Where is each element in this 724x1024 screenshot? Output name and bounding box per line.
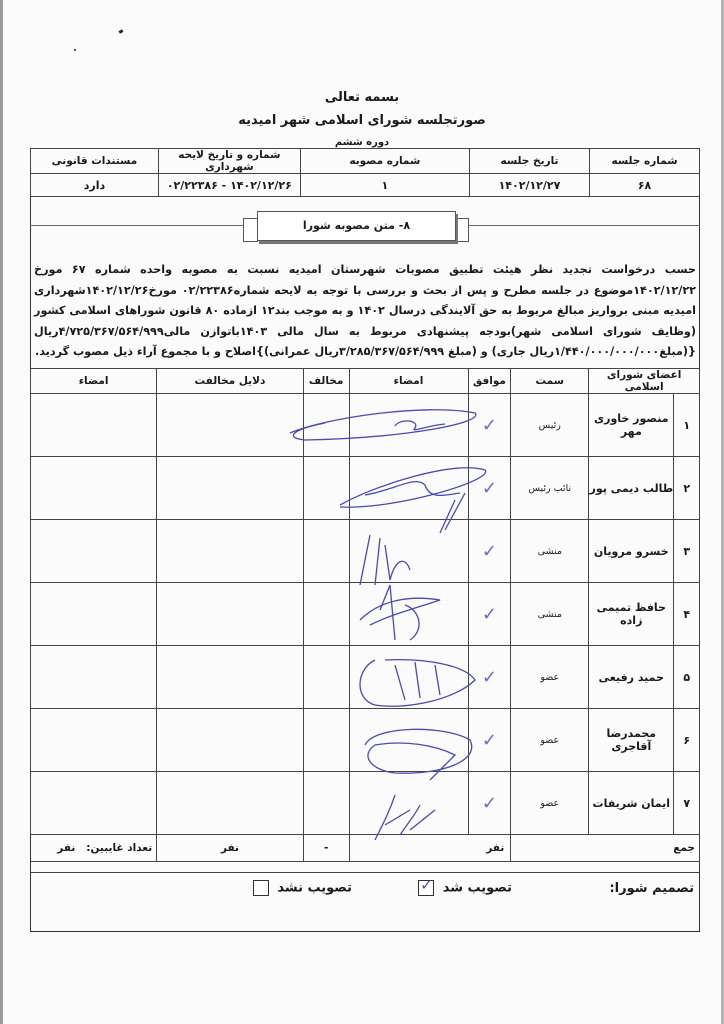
oppose-reason-cell <box>157 709 304 772</box>
oppose-reason-cell <box>157 772 304 835</box>
member-position: نائب رئیس <box>511 457 589 520</box>
oppose-cell <box>303 772 349 835</box>
member-number: ۳ <box>674 520 700 583</box>
signature-2-cell <box>31 583 157 646</box>
member-name: محمدرضا آقاجری <box>589 709 674 772</box>
oppose-reason-cell <box>157 520 304 583</box>
absent-unit: نفر <box>57 842 75 854</box>
rejected-checkbox[interactable] <box>253 880 269 896</box>
sum-label: جمع <box>511 835 700 862</box>
absent-count: تعداد غایبین: نفر <box>31 835 157 862</box>
approved-label: تصویب شد <box>443 881 512 896</box>
decision-label: تصمیم شورا: <box>609 881 694 896</box>
member-number: ۵ <box>674 646 700 709</box>
member-name: طالب دیمی پور <box>589 457 674 520</box>
col-agree: موافق <box>468 369 511 394</box>
oppose-reason-cell <box>157 646 304 709</box>
oppose-unit: نفر <box>221 842 239 854</box>
document-title: صورتجلسه شورای اسلامی شهر امیدیه <box>0 113 724 128</box>
banner-ribbon-left <box>243 218 258 242</box>
legal-documents: دارد <box>31 174 159 197</box>
member-position: عضو <box>511 709 589 772</box>
session-number: ۶۸ <box>590 174 700 197</box>
col-signature-2: امضاء <box>31 369 157 394</box>
member-number: ۲ <box>674 457 700 520</box>
page-edge <box>0 0 3 1024</box>
member-number: ۴ <box>674 583 700 646</box>
oppose-total-value: - <box>303 835 349 862</box>
bill-number-date: ۱۴۰۲/۱۲/۲۶ - ۰۲/۲۲۳۸۶ <box>158 174 300 197</box>
member-name: حافظ تمیمی زاده <box>589 583 674 646</box>
signature-2-cell <box>31 457 157 520</box>
resolution-number: ۱ <box>300 174 469 197</box>
session-info-table: شماره جلسه تاریخ جلسه شماره مصوبه شماره … <box>30 148 700 197</box>
signature-mark-6 <box>355 715 485 789</box>
signature-2-cell <box>31 520 157 583</box>
rejected-label: تصویب نشد <box>277 881 352 896</box>
section-banner: ۸- متن مصوبه شورا <box>257 211 456 241</box>
col-signature: امضاء <box>349 369 468 394</box>
member-position: منشی <box>511 520 589 583</box>
member-name: حمید رفیعی <box>589 646 674 709</box>
oppose-total-unit: نفر <box>157 835 304 862</box>
member-position: منشی <box>511 583 589 646</box>
col-legal-documents: مستندات قانونی <box>31 149 159 174</box>
member-name: خسرو مرویان <box>589 520 674 583</box>
session-date: ۱۴۰۲/۱۲/۲۷ <box>469 174 589 197</box>
col-resolution-number: شماره مصوبه <box>300 149 469 174</box>
member-number: ۶ <box>674 709 700 772</box>
vote-header-row: اعضای شورای اسلامی سمت موافق امضاء مخالف… <box>31 369 700 394</box>
rejected-option[interactable]: تصویب نشد <box>253 880 352 896</box>
col-members: اعضای شورای اسلامی <box>589 369 700 394</box>
council-term: دوره ششم <box>0 137 724 148</box>
info-header-row: شماره جلسه تاریخ جلسه شماره مصوبه شماره … <box>31 149 700 174</box>
member-position: عضو <box>511 772 589 835</box>
banner-ribbon-right <box>454 218 469 242</box>
ink-speck <box>74 49 76 51</box>
sum-row: جمع نفر - نفر تعداد غایبین: نفر <box>31 835 700 862</box>
signature-mark-4 <box>350 580 460 654</box>
signature-2-cell <box>31 394 157 457</box>
signature-mark-2 <box>335 455 495 539</box>
col-oppose: مخالف <box>303 369 349 394</box>
oppose-reason-cell <box>157 457 304 520</box>
member-position: عضو <box>511 646 589 709</box>
col-bill-number-date: شماره و تاریخ لایحه شهرداری <box>158 149 300 174</box>
ink-speck <box>119 29 124 34</box>
approved-checkbox[interactable] <box>418 880 434 896</box>
absent-label: تعداد غایبین: <box>86 842 152 854</box>
approved-option[interactable]: تصویب شد <box>418 880 512 896</box>
council-decision: تصمیم شورا: تصویب شد تصویب نشد <box>30 872 700 907</box>
signature-2-cell <box>31 646 157 709</box>
member-name: ایمان شریفات <box>589 772 674 835</box>
col-oppose-reasons: دلایل مخالفت <box>157 369 304 394</box>
resolution-text: حسب درخواست تجدید نظر هیئت تطبیق مصوبات … <box>34 260 696 363</box>
oppose-cell <box>303 583 349 646</box>
signature-2-cell <box>31 772 157 835</box>
signature-mark-5 <box>345 650 485 714</box>
signature-mark-1 <box>285 398 485 452</box>
agree-check: ✓ <box>468 583 511 646</box>
col-session-number: شماره جلسه <box>590 149 700 174</box>
member-position: رئیس <box>511 394 589 457</box>
oppose-reason-cell <box>157 394 304 457</box>
oppose-cell <box>303 709 349 772</box>
signature-mark-7 <box>370 790 450 849</box>
info-value-row: ۶۸ ۱۴۰۲/۱۲/۲۷ ۱ ۱۴۰۲/۱۲/۲۶ - ۰۲/۲۲۳۸۶ دا… <box>31 174 700 197</box>
signature-2-cell <box>31 709 157 772</box>
oppose-cell <box>303 646 349 709</box>
member-number: ۱ <box>674 394 700 457</box>
col-session-date: تاریخ جلسه <box>469 149 589 174</box>
member-name: منصور خاوری مهر <box>589 394 674 457</box>
invocation: بسمه تعالی <box>0 90 724 105</box>
member-number: ۷ <box>674 772 700 835</box>
oppose-reason-cell <box>157 583 304 646</box>
col-position: سمت <box>511 369 589 394</box>
